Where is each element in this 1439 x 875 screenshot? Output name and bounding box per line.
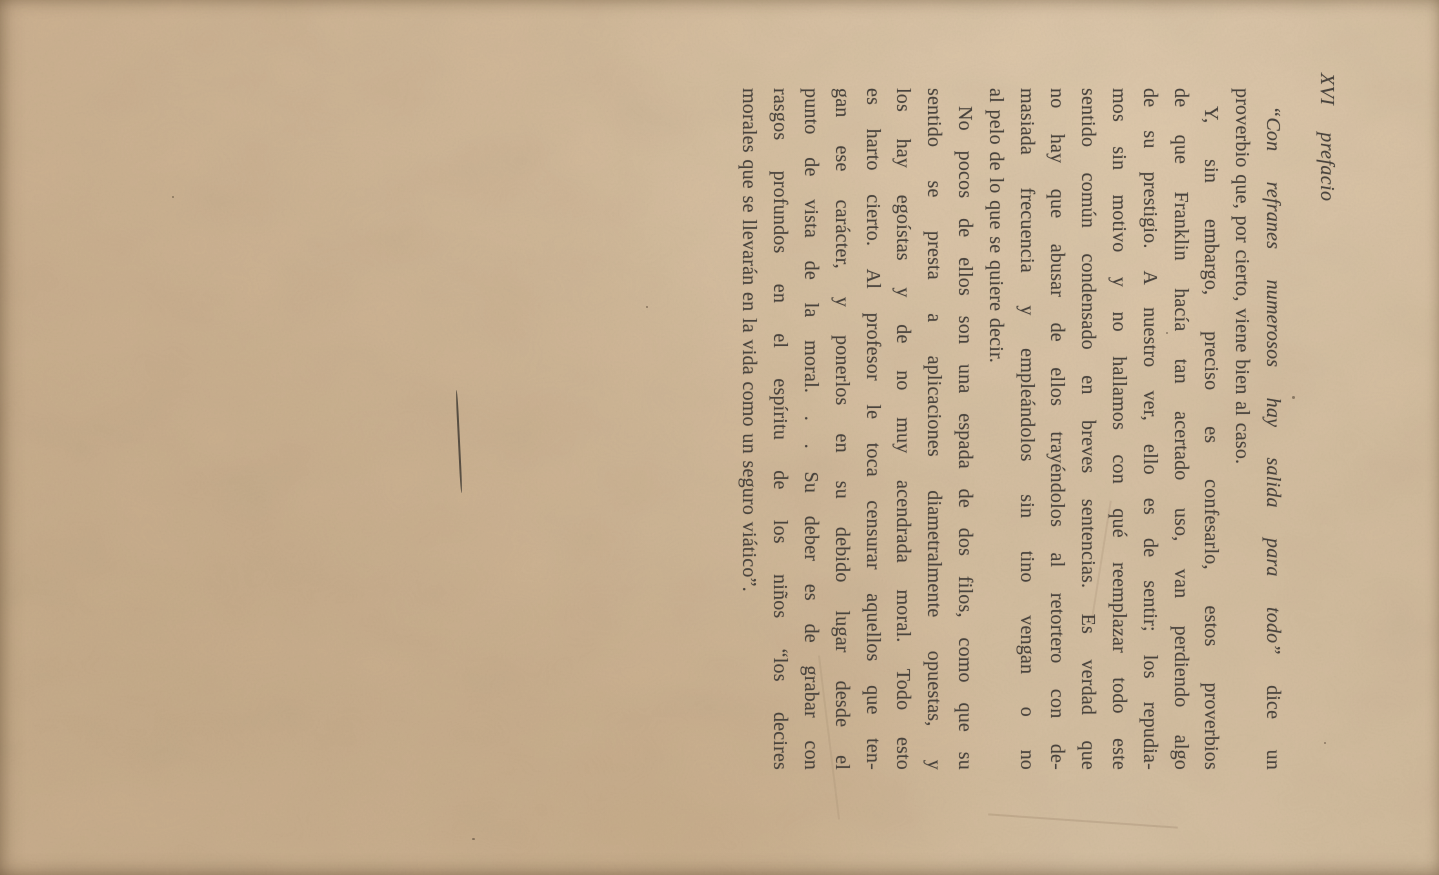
rotated-page-content: XVI prefacio “Con refranes numerosos hay… [0,0,1439,875]
line-text: No pocos de ellos son una espada de dos … [954,106,976,770]
line-text: gan ese carácter, y ponerlos en su debid… [831,88,853,770]
text-line: Y, sin embargo, preciso es confesarlo, e… [1196,88,1227,770]
line-text: es harto cierto. Al profesor le toca cen… [862,88,884,770]
page-number: XVI [1315,73,1338,105]
line-text: Y, sin embargo, preciso es confesarlo, e… [1200,106,1222,770]
line-text: masiada frecuencia y empleándolos sin ti… [1016,88,1038,770]
text-line: al pelo de lo que se quiere decir. [980,88,1011,770]
text-line: rasgos profundos en el espíritu de los n… [764,88,795,770]
scanned-book-page: XVI prefacio “Con refranes numerosos hay… [0,0,1439,875]
line-text: no hay que abusar de ellos trayéndolos a… [1046,88,1068,770]
line-text: mos sin motivo y no hallamos con qué ree… [1108,88,1130,770]
line-text: proverbio que, por cierto, viene bien al… [1231,88,1253,464]
text-line: proverbio que, por cierto, viene bien al… [1226,88,1257,770]
line-text: los hay egoístas y de no muy acendrada m… [892,88,914,770]
text-line: masiada frecuencia y empleándolos sin ti… [1011,88,1042,770]
text-line: No pocos de ellos son una espada de dos … [949,88,980,770]
page-header: XVI prefacio [1315,73,1338,201]
text-line: “Con refranes numerosos hay salida para … [1257,88,1288,770]
line-text: sentido común condensado en breves sente… [1077,88,1099,770]
line-text: morales que se llevarán en la vida como … [738,88,760,592]
text-line: morales que se llevarán en la vida como … [734,88,765,770]
text-line: es harto cierto. Al profesor le toca cen… [857,88,888,770]
text-line: de su prestigio. A nuestro ver, ello es … [1134,88,1165,770]
text-line: los hay egoístas y de no muy acendrada m… [888,88,919,770]
line-text: rasgos profundos en el espíritu de los n… [769,88,791,770]
text-line: punto de vista de la moral. . . Su deber… [795,88,826,770]
text-line: sentido común condensado en breves sente… [1072,88,1103,770]
text-line: gan ese carácter, y ponerlos en su debid… [826,88,857,770]
quoted-italic-text: “Con refranes numerosos hay salida para … [1262,106,1284,655]
line-text: de que Franklin hacía tan acertado uso, … [1170,88,1192,770]
line-text: sentido se presta a aplicaciones diametr… [923,88,945,770]
line-text: punto de vista de la moral. . . Su deber… [800,88,822,770]
text-line: sentido se presta a aplicaciones diametr… [918,88,949,770]
text-line: no hay que abusar de ellos trayéndolos a… [1042,88,1073,770]
line-text: al pelo de lo que se quiere decir. [985,88,1007,363]
line-text: de su prestigio. A nuestro ver, ello es … [1139,88,1161,770]
text-line: de que Franklin hacía tan acertado uso, … [1165,88,1196,770]
text-line: mos sin motivo y no hallamos con qué ree… [1103,88,1134,770]
page-body: “Con refranes numerosos hay salida para … [734,88,1288,770]
stray-pen-mark [455,390,462,493]
line-text: dice un [1262,655,1284,770]
running-title: prefacio [1315,132,1338,201]
